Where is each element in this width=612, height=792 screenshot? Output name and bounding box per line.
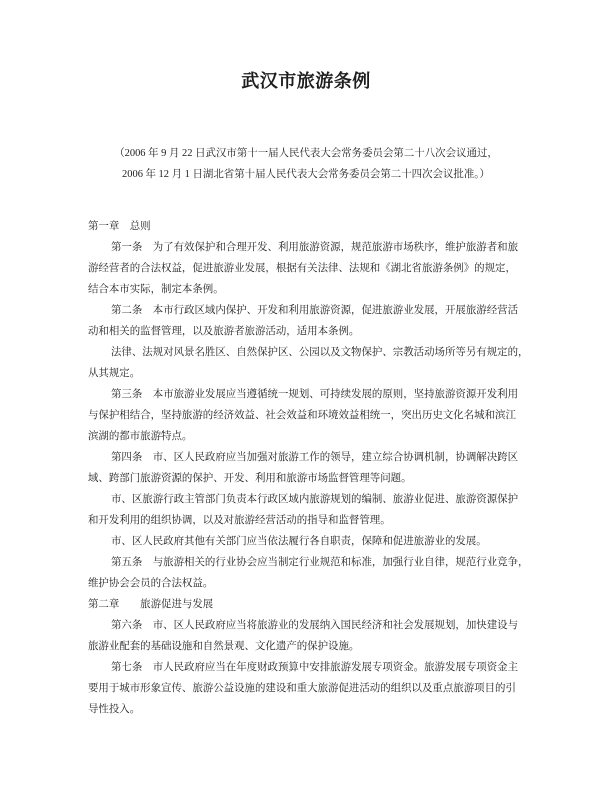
body-text-line: 从其规定。: [88, 363, 528, 384]
body-text-line: 市、区人民政府其他有关部门应当依法履行各自职责，保障和促进旅游业的发展。: [88, 531, 528, 552]
preamble-line: （2006 年 9 月 22 日武汉市第十一届人民代表大会常务委员会第二十八次会…: [0, 143, 612, 164]
preamble-line: 2006 年 12 月 1 日湖北省第十届人民代表大会常务委员会第二十四次会议批…: [0, 164, 612, 185]
body-text-line: 要用于城市形象宣传、旅游公益设施的建设和重大旅游促进活动的组织以及重点旅游项目的…: [88, 678, 528, 699]
body-text-line: 第六条 市、区人民政府应当将旅游业的发展纳入国民经济和社会发展规划，加快建设与: [88, 615, 528, 636]
body-text-line: 旅游业配套的基础设施和自然景观、文化遗产的保护设施。: [88, 636, 528, 657]
document-title: 武汉市旅游条例: [0, 69, 612, 93]
body-text-line: 第四条 市、区人民政府应当加强对旅游工作的领导，建立综合协调机制，协调解决跨区: [88, 447, 528, 468]
document-page: 武汉市旅游条例 （2006 年 9 月 22 日武汉市第十一届人民代表大会常务委…: [0, 0, 612, 792]
body-text-line: 动和相关的监督管理，以及旅游者旅游活动，适用本条例。: [88, 321, 528, 342]
chapter-heading-line: 第二章 旅游促进与发展: [88, 594, 528, 615]
body-text-line: 第三条 本市旅游业发展应当遵循统一规划、可持续发展的原则，坚持旅游资源开发利用: [88, 384, 528, 405]
chapter-heading-line: 第一章 总则: [88, 216, 528, 237]
body-text-line: 第七条 市人民政府应当在年度财政预算中安排旅游发展专项资金。旅游发展专项资金主: [88, 657, 528, 678]
body-text-line: 维护协会会员的合法权益。: [88, 573, 528, 594]
document-body: 第一章 总则第一条 为了有效保护和合理开发、利用旅游资源，规范旅游市场秩序，维护…: [88, 216, 528, 720]
body-text-line: 第五条 与旅游相关的行业协会应当制定行业规范和标准，加强行业自律，规范行业竞争，: [88, 552, 528, 573]
body-text-line: 和开发利用的组织协调，以及对旅游经营活动的指导和监督管理。: [88, 510, 528, 531]
body-text-line: 导性投入。: [88, 699, 528, 720]
body-text-line: 滨湖的都市旅游特点。: [88, 426, 528, 447]
body-text-line: 游经营者的合法权益，促进旅游业发展，根据有关法律、法规和《湖北省旅游条例》的规定…: [88, 258, 528, 279]
preamble: （2006 年 9 月 22 日武汉市第十一届人民代表大会常务委员会第二十八次会…: [0, 143, 612, 185]
body-text-line: 结合本市实际，制定本条例。: [88, 279, 528, 300]
body-text-line: 与保护相结合，坚持旅游的经济效益、社会效益和环境效益相统一，突出历史文化名城和滨…: [88, 405, 528, 426]
body-text-line: 第二条 本市行政区域内保护、开发和利用旅游资源，促进旅游业发展，开展旅游经营活: [88, 300, 528, 321]
body-text-line: 法律、法规对风景名胜区、自然保护区、公园以及文物保护、宗教活动场所等另有规定的，: [88, 342, 528, 363]
body-text-line: 域、跨部门旅游资源的保护、开发、利用和旅游市场监督管理等问题。: [88, 468, 528, 489]
body-text-line: 市、区旅游行政主管部门负责本行政区域内旅游规划的编制、旅游业促进、旅游资源保护: [88, 489, 528, 510]
body-text-line: 第一条 为了有效保护和合理开发、利用旅游资源，规范旅游市场秩序，维护旅游者和旅: [88, 237, 528, 258]
